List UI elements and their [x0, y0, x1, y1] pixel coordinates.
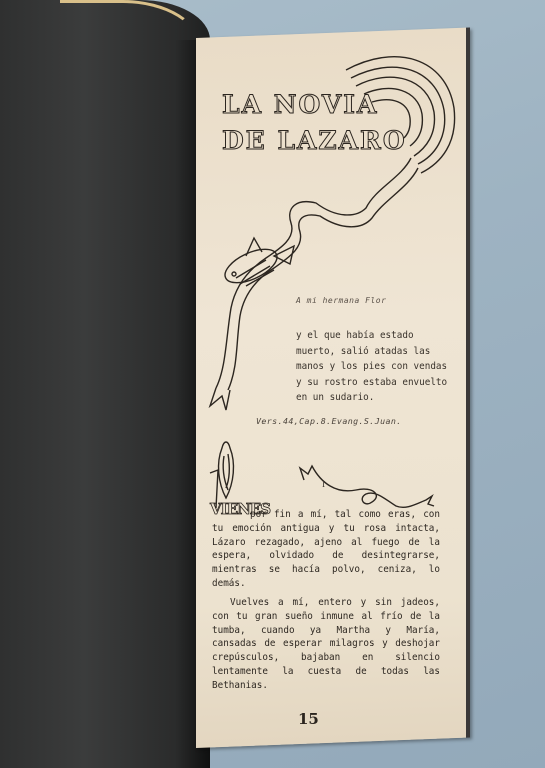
page-number: 15	[298, 710, 319, 728]
section-number: I	[322, 480, 325, 489]
title-line-2: DE LAZARO	[222, 126, 407, 155]
paragraph-1: por fin a mí, tal como eras, con tu emoc…	[212, 508, 440, 591]
epigraph-line: y el que había estado	[296, 328, 466, 344]
epigraph-line: manos y los pies con vendas	[296, 359, 466, 375]
dedication: A mi hermana Flor	[296, 296, 386, 305]
epigraph-line: en un sudario.	[296, 390, 466, 406]
paragraph-2: Vuelves a mí, entero y sin jadeos, con t…	[212, 596, 440, 693]
epigraph-source: Vers.44,Cap.8.Evang.S.Juan.	[256, 416, 402, 426]
book-page: LA NOVIA DE LAZARO A mi hermana Flor y e…	[196, 27, 470, 748]
title-line-1: LA NOVIA	[222, 90, 378, 119]
epigraph: y el que había estado muerto, salió atad…	[296, 328, 466, 406]
epigraph-line: muerto, salió atadas las	[296, 344, 466, 360]
epigraph-line: y su rostro estaba envuelto	[296, 375, 466, 391]
